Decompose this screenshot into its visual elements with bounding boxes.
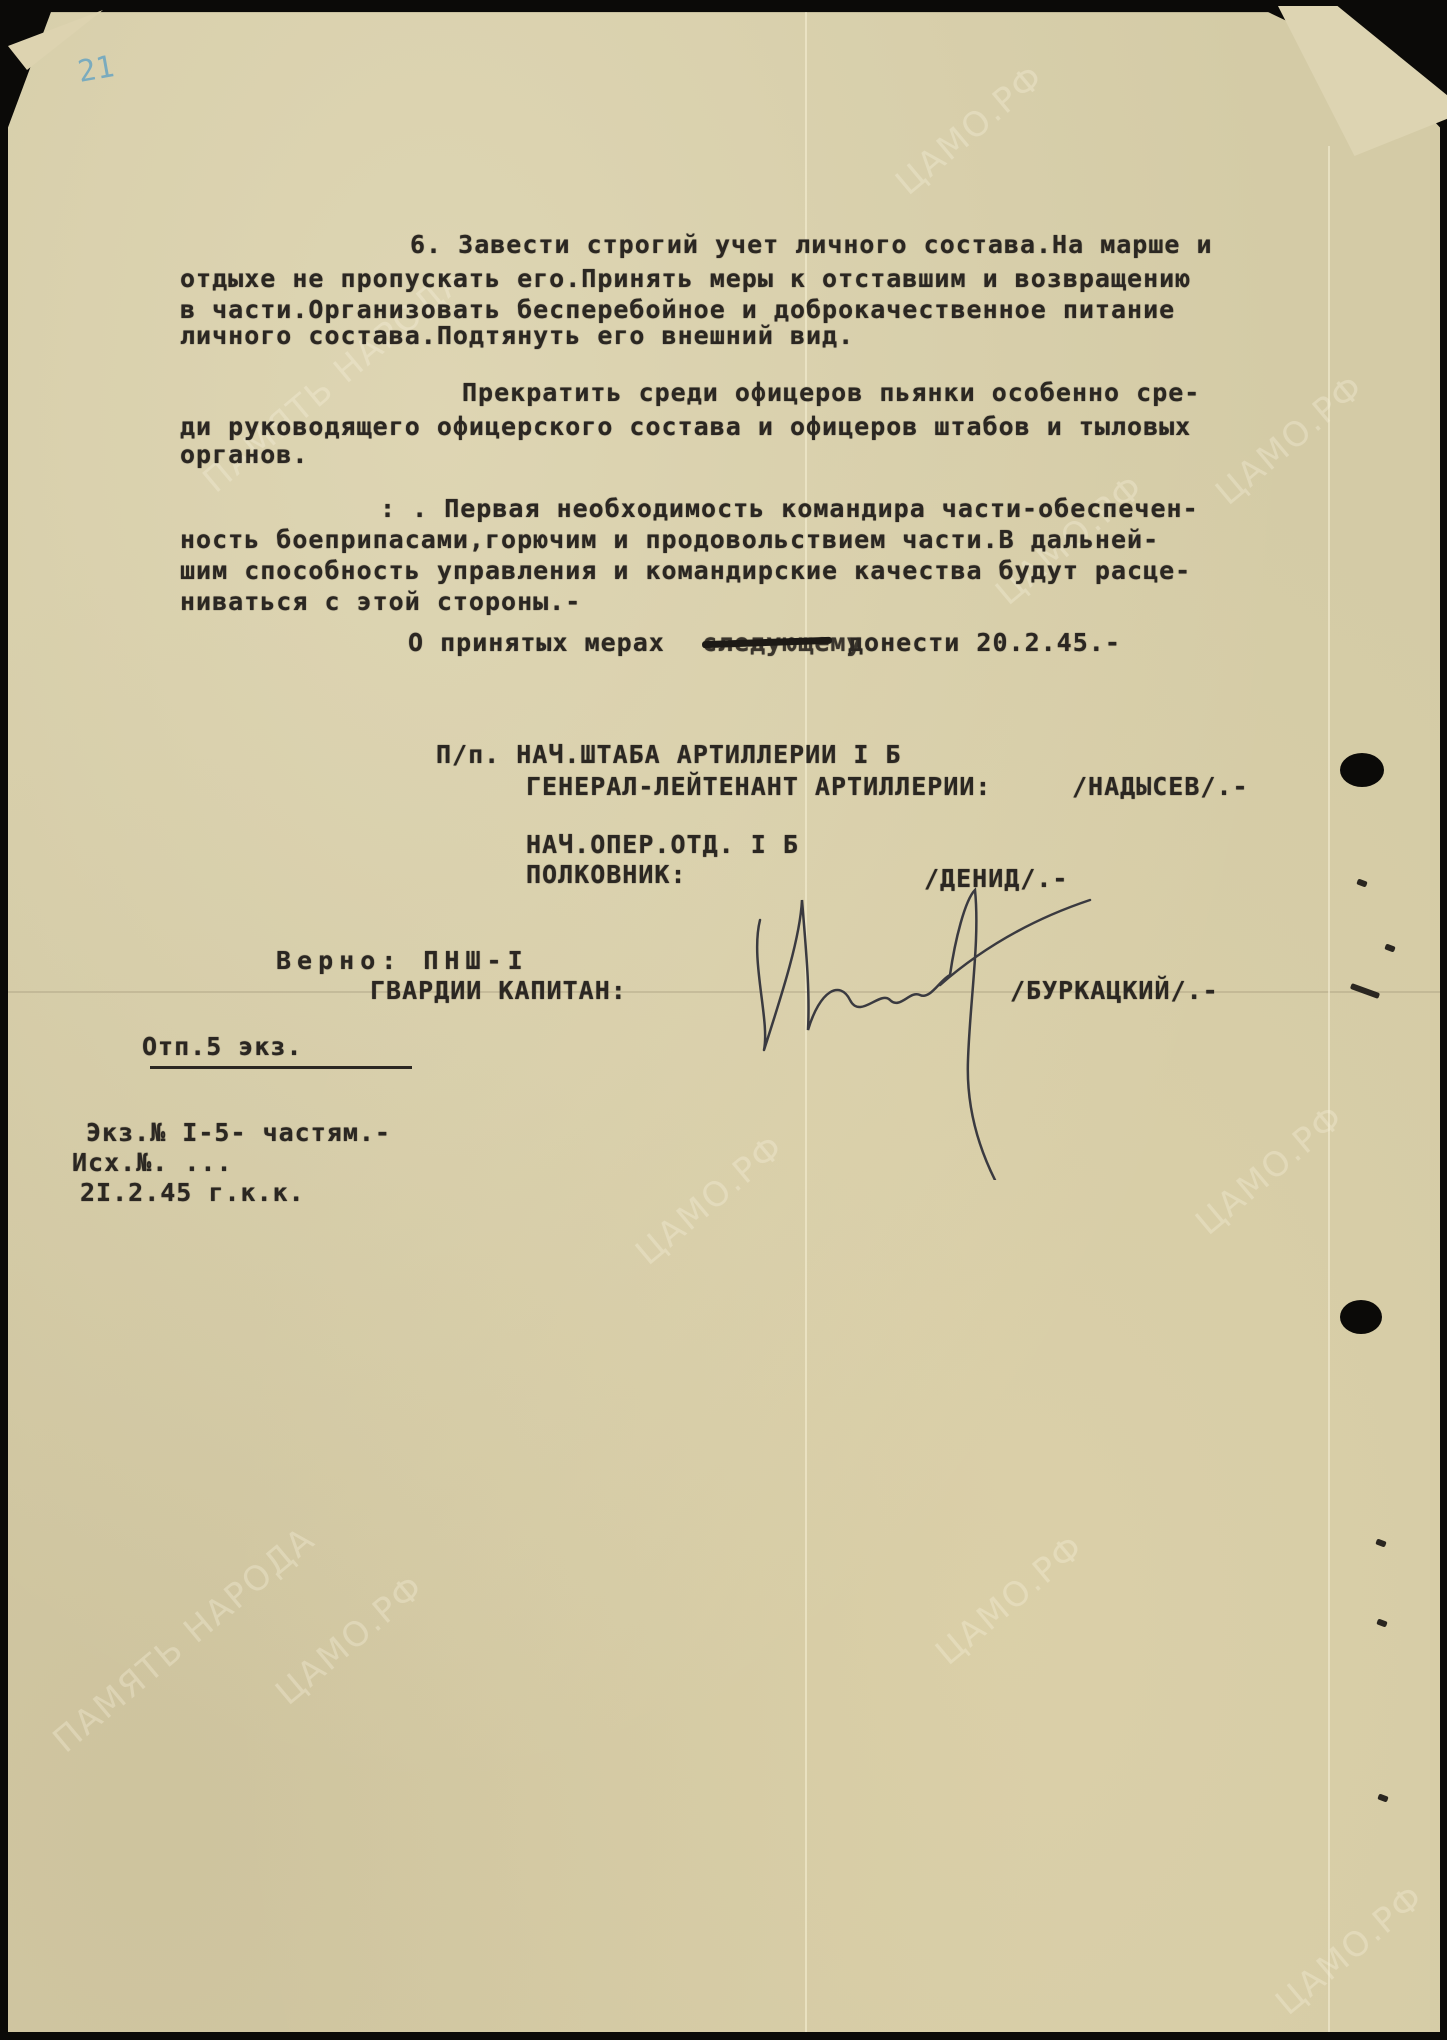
punch-hole [1340, 753, 1384, 787]
outgoing-number: Исх.№. ... [72, 1148, 233, 1177]
signatory-title: НАЧ.ОПЕР.ОТД. I Б [526, 830, 799, 859]
handwritten-signature [740, 880, 1100, 1180]
text-line: 6. Завести строгий учет личного состава.… [410, 230, 1213, 259]
signatory-name: /НАДЫСЕВ/.- [1072, 772, 1249, 801]
text-line: О принятых мерах [408, 628, 665, 657]
verified-rank: ГВАРДИИ КАПИТАН: [370, 976, 627, 1005]
text-line: ниваться с этой стороны.- [180, 587, 581, 616]
text-line: отдыхе не пропускать его.Принять меры к … [180, 264, 1191, 293]
text-line: Прекратить среди офицеров пьянки особенн… [462, 378, 1200, 407]
signatory-rank: ПОЛКОВНИК: [526, 860, 687, 889]
text-line: личного состава.Подтянуть его внешний ви… [180, 321, 854, 350]
text-line: ность боеприпасами,горючим и продовольст… [180, 525, 1159, 554]
text-line: в части.Организовать бесперебойное и доб… [180, 295, 1175, 324]
signatory-rank: ГЕНЕРАЛ-ЛЕЙТЕНАНТ АРТИЛЛЕРИИ: [526, 772, 992, 801]
copy-distribution: Экз.№ I-5- частям.- [86, 1118, 391, 1147]
signatory-title: П/п. НАЧ.ШТАБА АРТИЛЛЕРИИ I Б [436, 740, 902, 769]
text-line: ди руководящего офицерского состава и оф… [180, 412, 1191, 441]
text-line: органов. [180, 440, 308, 469]
archive-page-number: 21 [75, 49, 117, 90]
underline [150, 1066, 412, 1069]
punch-hole [1340, 1300, 1382, 1334]
text-line: шим способность управления и командирски… [180, 556, 1191, 585]
paper-fold-horizontal [8, 991, 1440, 993]
copies-count: Отп.5 экз. [142, 1032, 303, 1061]
text-line: донести 20.2.45.- [848, 628, 1121, 657]
text-line: : . Первая необходимость командира части… [380, 494, 1199, 523]
binding-edge [1328, 146, 1440, 2032]
verified-label: Верно: ПНШ-I [276, 946, 529, 975]
date-and-typist: 2I.2.45 г.к.к. [80, 1178, 305, 1207]
